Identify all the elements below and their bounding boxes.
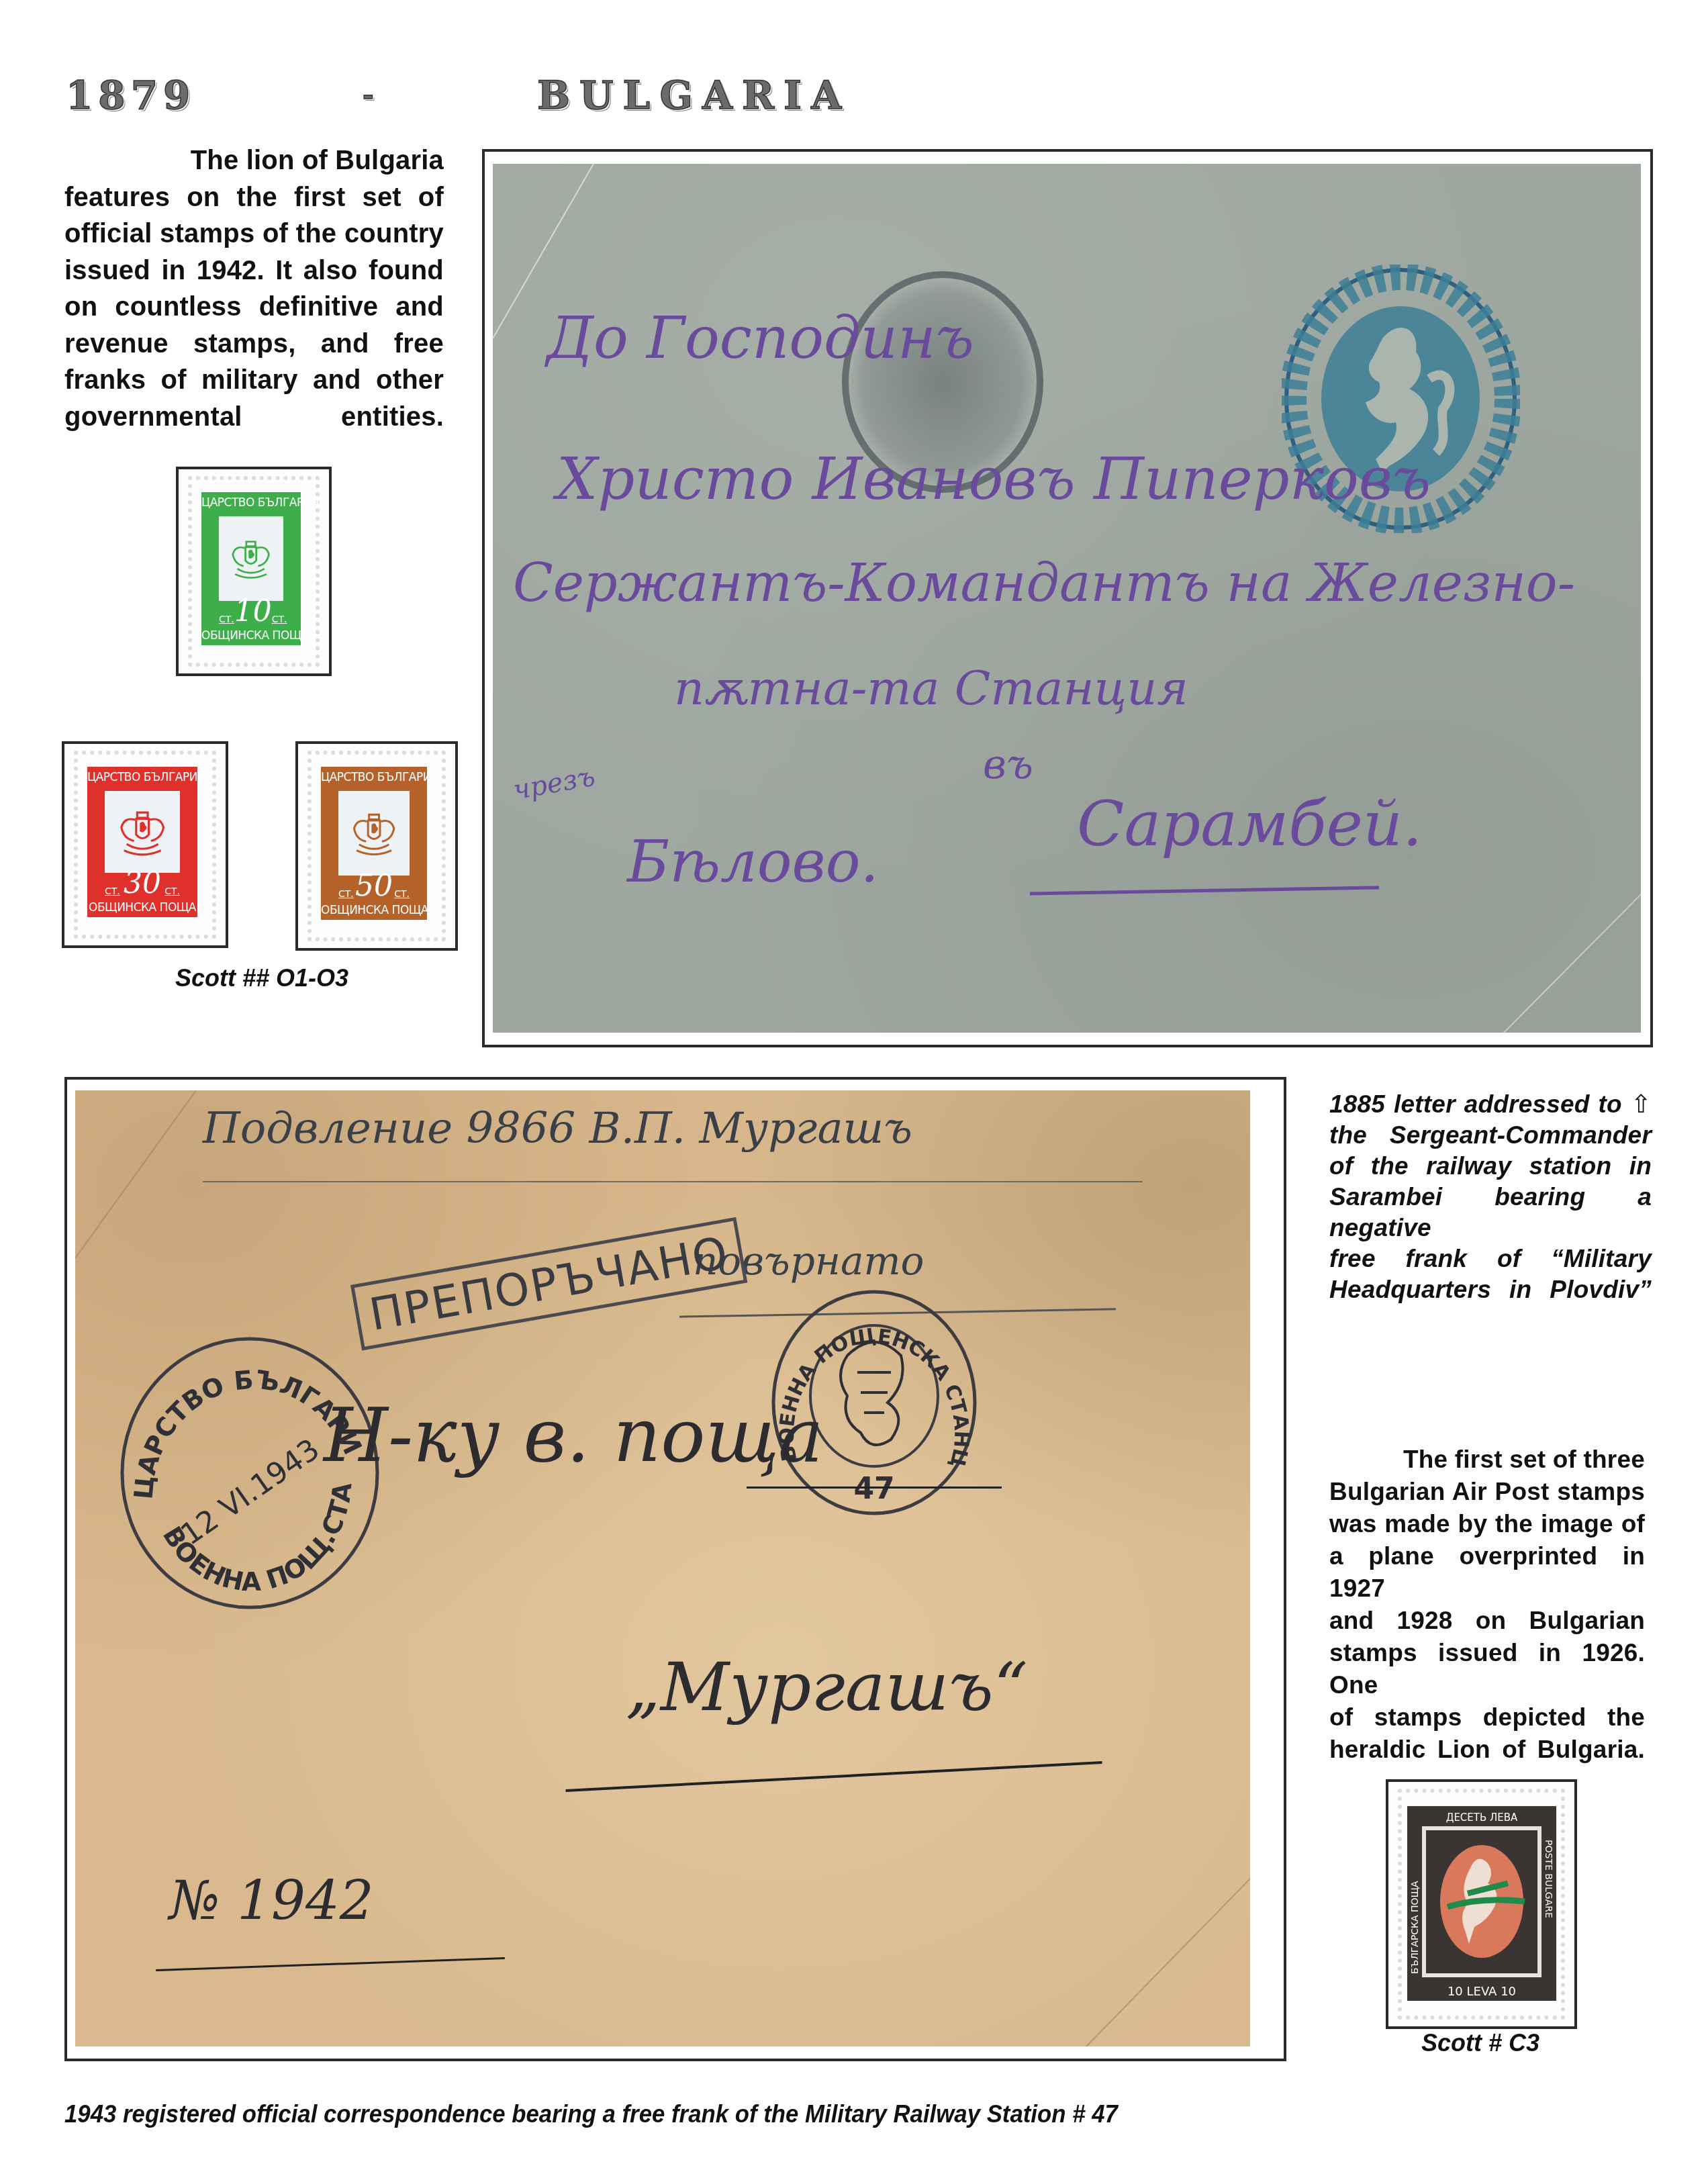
address-line: До Господинъ <box>547 305 974 372</box>
underline <box>747 1487 1002 1489</box>
underline <box>203 1181 1143 1182</box>
stamp-unit: СТ. <box>394 889 410 900</box>
airpost-paragraph: The first set of three Bulgarian Air Pos… <box>1329 1444 1645 1766</box>
stamp-top-text: ЦАРСТВО БЪЛГАРИЯ <box>321 771 427 784</box>
stamp-bottom-text: ОБЩИНСКА ПОЩА <box>201 629 301 643</box>
coat-of-arms-icon <box>105 791 180 873</box>
stamp-top-text: ЦАРСТВО БЪЛГАРИЯ <box>201 496 301 510</box>
address-line: въ <box>983 741 1033 788</box>
stamp-unit: СТ. <box>338 889 354 900</box>
stamp-value: 30 <box>124 870 161 897</box>
stamp-value: 50 <box>355 873 393 900</box>
coat-of-arms-icon <box>338 791 410 876</box>
cover-1885-envelope: До Господинъ Христо Ивановъ Пиперковъ Се… <box>493 164 1641 1033</box>
caption-line: the Sergeant-Commander <box>1329 1120 1652 1151</box>
cover-1943-envelope: Подвление 9866 В.П. Мургашъ повърнато ЦА… <box>75 1090 1250 2046</box>
airpost-line: of stamps depicted the <box>1329 1701 1645 1734</box>
stamp-unit: СТ. <box>164 886 180 897</box>
caption-line: Headquarters in Plovdiv” <box>1329 1274 1652 1305</box>
address-line: Сержантъ-Командантъ на Железно- <box>513 553 1575 614</box>
stamp-top-text: ЦАРСТВО БЪЛГАРИЯ <box>87 771 197 784</box>
scott-caption-officials: Scott ## O1-O3 <box>121 964 403 992</box>
intro-paragraph: The lion of Bulgaria features on the fir… <box>64 142 444 435</box>
registration-number: № 1942 <box>169 1869 374 1932</box>
intro-line: on countless definitive and <box>64 289 444 326</box>
svg-text:POSTE BULGARE: POSTE BULGARE <box>1543 1840 1554 1918</box>
stamp-o1-10st: ЦАРСТВО БЪЛГАРИЯ СТ. 10 СТ. ОБЩИНСКА ПОЩ… <box>176 467 332 676</box>
page-title-country: BULGARIA <box>537 75 851 115</box>
stamp-o2-30st: ЦАРСТВО БЪЛГАРИЯ СТ. 30 СТ. ОБЩИНСКА ПОЩ… <box>62 741 228 948</box>
caption-line: Sarambei bearing a negative <box>1329 1182 1652 1243</box>
stamp-face: ЦАРСТВО БЪЛГАРИЯ СТ. 30 СТ. ОБЩИНСКА ПОЩ… <box>87 767 197 917</box>
intro-line: governmental entities. <box>64 399 444 436</box>
cover-1885-mount: До Господинъ Христо Ивановъ Пиперковъ Се… <box>482 149 1653 1047</box>
stamp-bottom-text: ОБЩИНСКА ПОЩА <box>87 901 197 914</box>
airpost-stamp-face: ДЕСЕТЬ ЛЕВА 10 LEVA 10 БЪЛГАРСКА ПОЩА PO… <box>1407 1806 1556 2001</box>
caption-line: free frank of “Military <box>1329 1243 1652 1274</box>
stamp-face: ЦАРСТВО БЪЛГАРИЯ СТ. 10 СТ. ОБЩИНСКА ПОЩ… <box>201 492 301 645</box>
caption-line: of the railway station in <box>1329 1151 1652 1182</box>
scott-caption-c3: Scott # C3 <box>1376 2029 1584 2057</box>
top-handwritten-line: Подвление 9866 В.П. Мургашъ <box>203 1104 912 1153</box>
stamp-unit: СТ. <box>105 886 120 897</box>
stamp-bottom-text: ОБЩИНСКА ПОЩА <box>321 904 427 917</box>
address-line: „Мургашъ“ <box>626 1648 1028 1726</box>
address-destination: Сарамбей. <box>1077 788 1422 860</box>
svg-text:10 LEVA 10: 10 LEVA 10 <box>1448 1985 1516 1999</box>
coat-of-arms-icon <box>219 516 283 601</box>
airpost-line: Bulgarian Air Post stamps <box>1329 1476 1645 1508</box>
intro-line: revenue stamps, and free <box>64 326 444 363</box>
page-title-year: 1879 <box>66 75 195 115</box>
intro-line: issued in 1942. It also found <box>64 252 444 289</box>
stamp-value: 10 <box>234 598 272 625</box>
stamp-unit: СТ. <box>219 614 234 625</box>
airpost-line: The first set of three <box>1329 1444 1645 1476</box>
caption-1943-cover: 1943 registered official correspondence … <box>64 2100 1194 2128</box>
airpost-line: stamps issued in 1926. One <box>1329 1637 1645 1701</box>
svg-text:БЪЛГАРСКА ПОЩА: БЪЛГАРСКА ПОЩА <box>1410 1881 1421 1974</box>
caption-line: 1885 letter addressed to <box>1329 1090 1622 1118</box>
intro-line: features on the first set of <box>64 179 444 216</box>
stamp-unit: СТ. <box>272 614 287 625</box>
airpost-line: a plane overprinted in 1927 <box>1329 1540 1645 1605</box>
intro-line: official stamps of the country <box>64 216 444 252</box>
address-via-place: Бѣлово. <box>627 829 879 896</box>
intro-line: The lion of Bulgaria <box>64 142 444 179</box>
stamp-c3-airpost: ДЕСЕТЬ ЛЕВА 10 LEVA 10 БЪЛГАРСКА ПОЩА PO… <box>1386 1779 1577 2029</box>
airpost-line: was made by the image of <box>1329 1508 1645 1540</box>
stamp-face: ЦАРСТВО БЪЛГАРИЯ СТ. 50 СТ. ОБЩИНСКА ПОЩ… <box>321 767 427 920</box>
address-line: Христо Ивановъ Пиперковъ <box>557 446 1431 513</box>
arrow-up-icon: ⇧ <box>1631 1090 1652 1118</box>
airpost-line: and 1928 on Bulgarian <box>1329 1605 1645 1637</box>
svg-text:12 VI.1943: 12 VI.1943 <box>175 1432 326 1552</box>
svg-text:ДЕСЕТЬ ЛЕВА: ДЕСЕТЬ ЛЕВА <box>1446 1811 1518 1824</box>
caption-1885-cover: 1885 letter addressed to ⇧ the Sergeant-… <box>1329 1089 1652 1305</box>
svg-text:47: 47 <box>853 1472 894 1506</box>
airpost-line: heraldic Lion of Bulgaria. <box>1329 1734 1645 1766</box>
page-title-separator: - <box>363 75 379 115</box>
stamp-o3-50st: ЦАРСТВО БЪЛГАРИЯ СТ. 50 СТ. ОБЩИНСКА ПОЩ… <box>295 741 458 951</box>
intro-line: franks of military and other <box>64 362 444 399</box>
address-line: пѫтна-та Станция <box>674 661 1188 716</box>
address-line: Н-ку в. поща <box>324 1393 823 1478</box>
cover-1943-mount: Подвление 9866 В.П. Мургашъ повърнато ЦА… <box>64 1077 1286 2061</box>
